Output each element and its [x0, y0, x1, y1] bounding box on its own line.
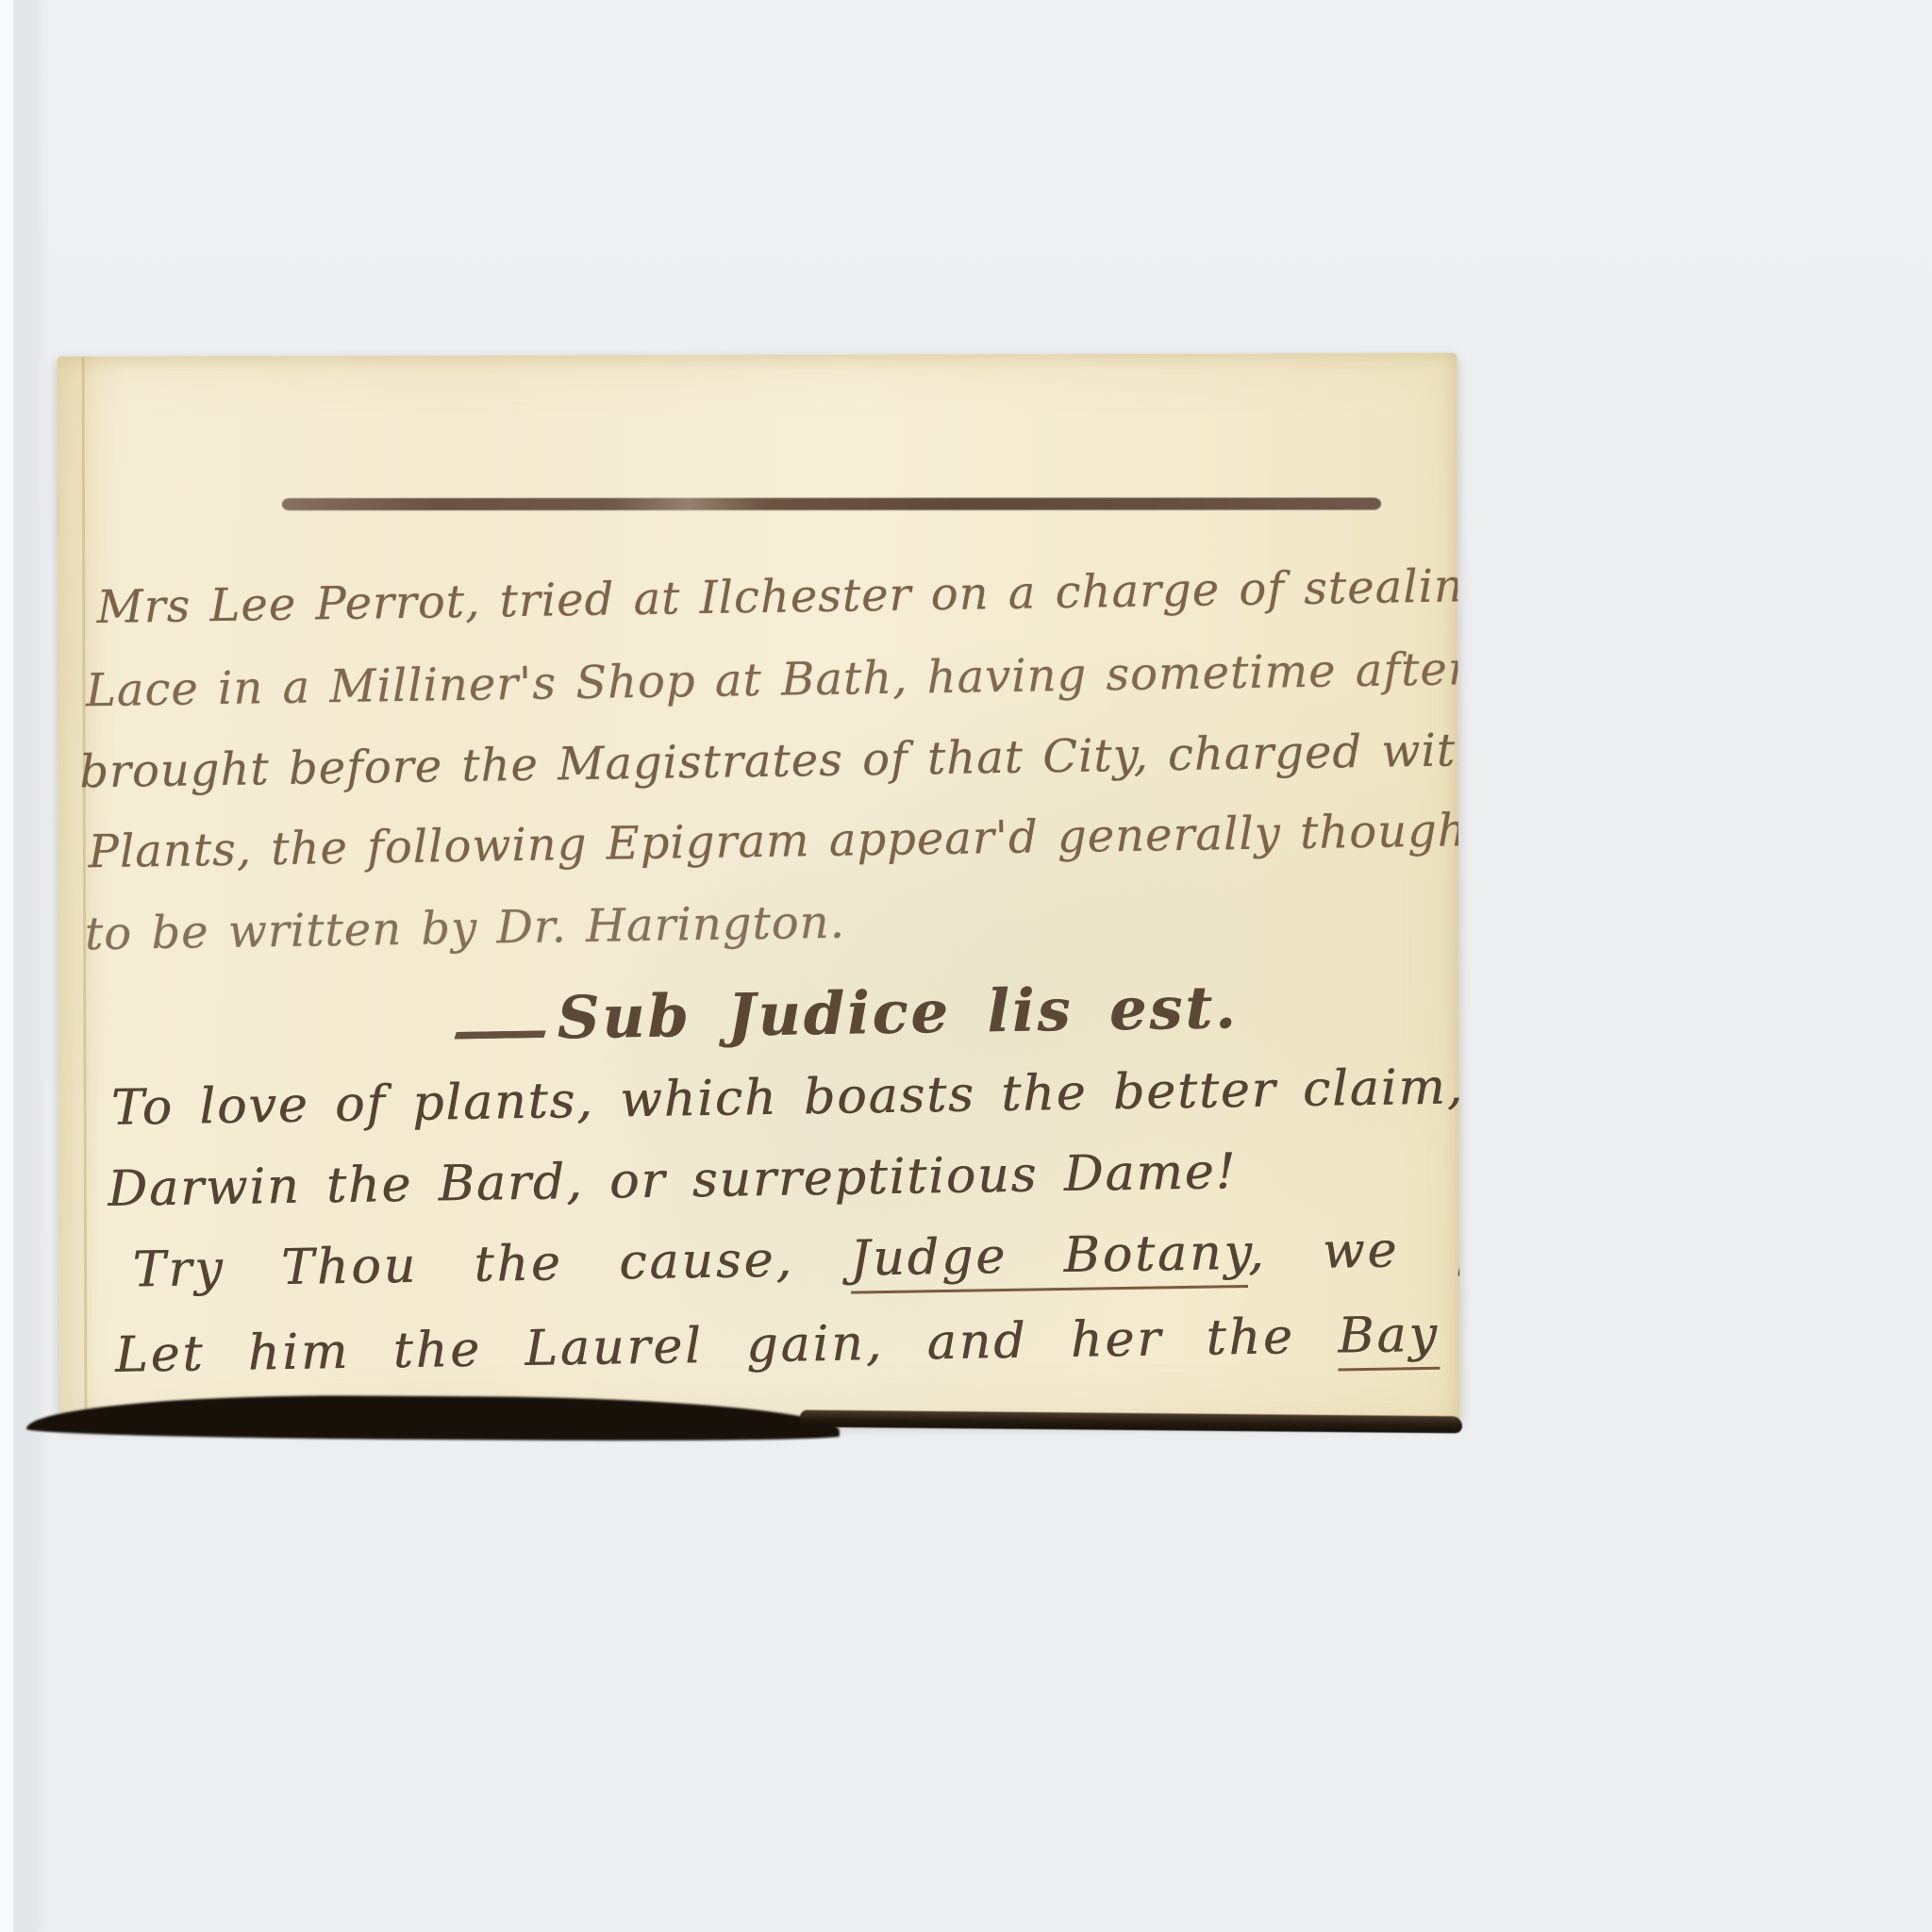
- scanner-left-edge-gray: [13, 0, 38, 1932]
- poem-line-4-pre: Let him the Laurel gain, and her the: [115, 1307, 1339, 1383]
- underlined-judge-botany: Judge Botany: [850, 1224, 1249, 1294]
- poem-line-3-pre: Try Thou the cause,: [132, 1231, 851, 1299]
- handwritten-text-block: Mrs Lee Perrot, tried at Ilchester on a …: [58, 353, 1460, 1424]
- intro-line-2: Lace in a Milliner's Shop at Bath, havin…: [86, 641, 1460, 719]
- poem-line-1: To love of plants, which boasts the bett…: [110, 1058, 1459, 1138]
- heading-text: Sub Judice lis est.: [557, 973, 1239, 1052]
- intro-line-3: brought before the Magistrates of that C…: [79, 720, 1460, 799]
- underlined-bay: Bay: [1338, 1307, 1441, 1372]
- intro-line-4: Plants, the following Epigram appear'd g…: [88, 804, 1459, 880]
- poem-line-4: Let him the Laurel gain, and her the Bay…: [115, 1304, 1460, 1385]
- scanner-left-edge-white: [0, 0, 13, 1932]
- poem-line-3: Try Thou the cause, Judge Botany, we pra…: [132, 1218, 1459, 1299]
- intro-line-1: Mrs Lee Perrot, tried at Ilchester on a …: [96, 559, 1459, 636]
- intro-line-5: to be written by Dr. Harington.: [85, 896, 846, 962]
- poem-line-4-post: —: [1439, 1305, 1459, 1363]
- scan-background: Mrs Lee Perrot, tried at Ilchester on a …: [0, 0, 1932, 1932]
- epigram-heading: —Sub Judice lis est.: [471, 973, 1239, 1054]
- poem-line-2: Darwin the Bard, or surreptitious Dame!: [108, 1142, 1238, 1219]
- poem-line-3-post: , we pray: [1247, 1219, 1459, 1280]
- heading-dash: —: [449, 994, 555, 1065]
- manuscript-paper: Mrs Lee Perrot, tried at Ilchester on a …: [58, 353, 1460, 1424]
